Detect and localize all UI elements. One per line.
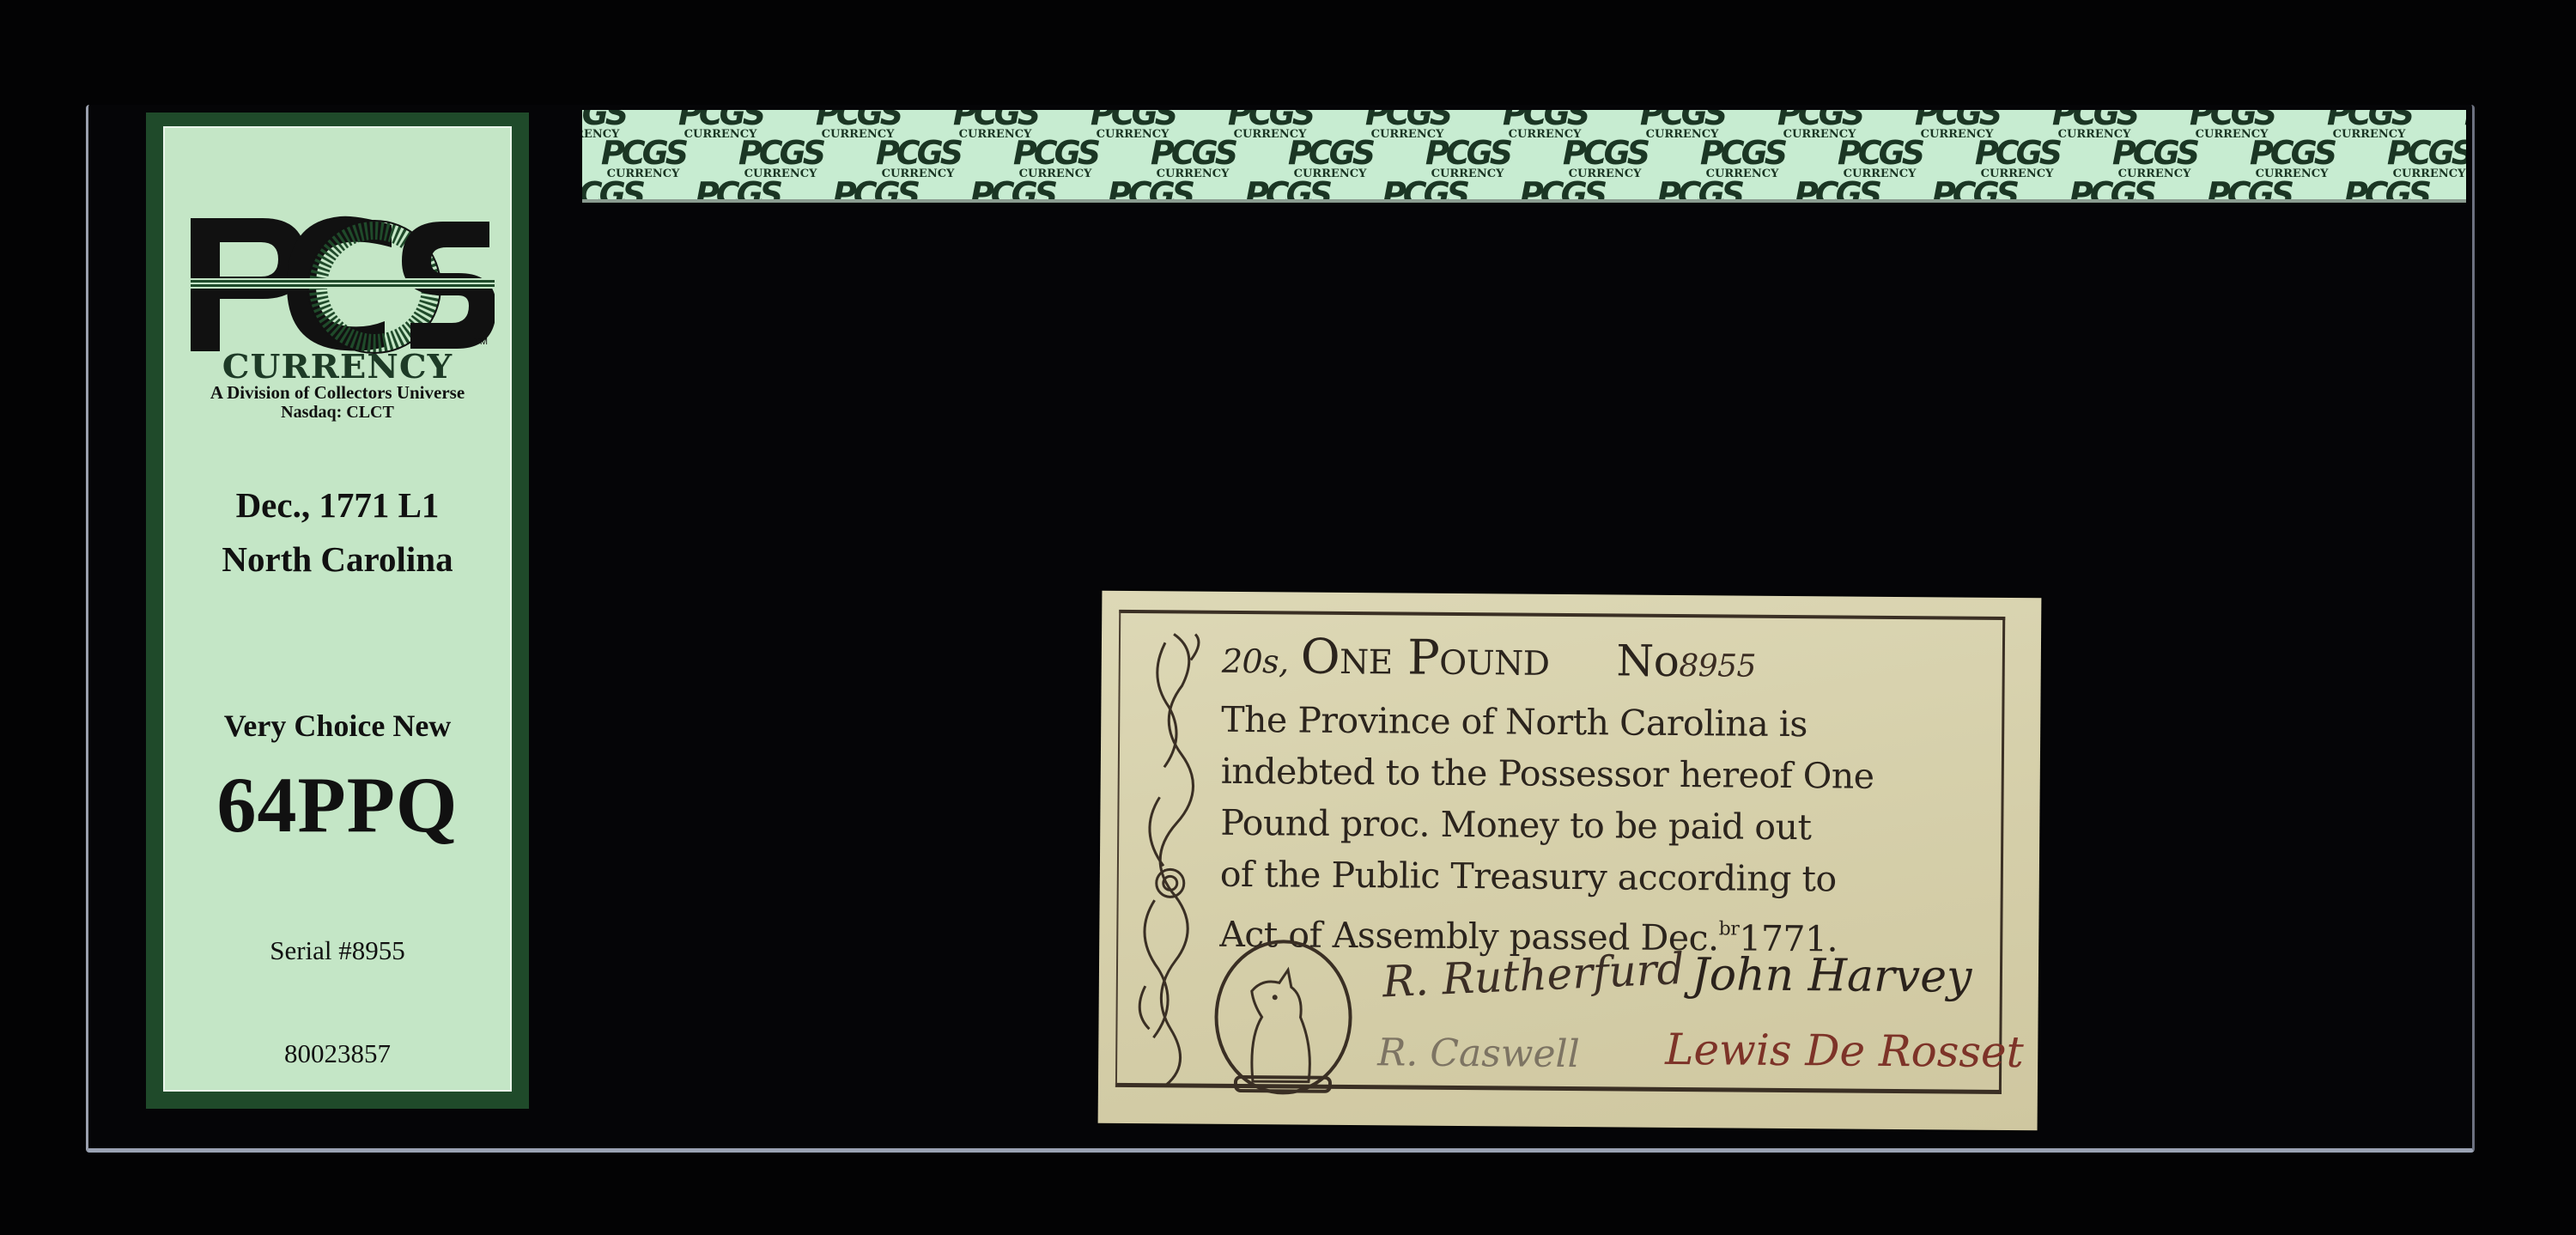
strip-logo-icon: PCGSCURRENCY (1690, 137, 1795, 180)
issue-date: Dec., 1771 L1 (165, 484, 510, 526)
division-text: A Division of Collectors Universe (165, 382, 510, 404)
strip-logo-icon: PCGSCURRENCY (1552, 137, 1657, 180)
note-line: Pound proc. Money to be paid out (1220, 797, 1988, 855)
strip-logo-icon: PCGSCURRENCY (1965, 137, 2069, 180)
brand-subtitle: CURRENCY (156, 347, 519, 386)
slab-photo: PCGSCURRENCYPCGSCURRENCYPCGSCURRENCYPCGS… (0, 0, 2576, 1235)
security-strip: PCGSCURRENCYPCGSCURRENCYPCGSCURRENCYPCGS… (582, 110, 2466, 203)
scrollwork-ornament-icon (1127, 625, 1208, 1090)
note-line: of the Public Treasury according to (1220, 849, 1988, 906)
denomination: One Pound (1301, 630, 1550, 687)
fox-seal-icon (1201, 935, 1375, 1109)
serial-number: Serial #8955 (165, 935, 510, 966)
strip-logo-icon: PCGSCURRENCY (1827, 137, 1932, 180)
strip-logo-icon: PCGSCURRENCY (591, 137, 696, 180)
strip-logo-icon: PCGSCURRENCY (582, 179, 653, 203)
strip-logo-icon: PCGSCURRENCY (1278, 137, 1382, 180)
issuing-state: North Carolina (165, 538, 510, 580)
label-panel: TM CURRENCY A Division of Collectors Uni… (163, 126, 512, 1092)
strip-logo-icon: PCGSCURRENCY (1784, 179, 1889, 203)
strip-logo-icon: PCGSCURRENCY (866, 137, 970, 180)
strip-logo-icon: PCGSCURRENCY (2059, 179, 2164, 203)
strip-logo-icon: PCGSCURRENCY (1372, 179, 1477, 203)
signature: John Harvey (1692, 949, 1972, 1003)
note-superscript: br (1719, 918, 1740, 940)
strip-logo-icon: PCGSCURRENCY (1003, 137, 1108, 180)
strip-row: PCGSCURRENCYPCGSCURRENCYPCGSCURRENCYPCGS… (582, 179, 2466, 203)
strip-logo-icon: PCGSCURRENCY (1922, 179, 2026, 203)
strip-logo-icon: PCGSCURRENCY (728, 137, 833, 180)
strip-logo-icon: PCGSCURRENCY (2239, 137, 2344, 180)
strip-logo-icon: PCGSCURRENCY (1510, 179, 1614, 203)
number-label: No (1616, 636, 1679, 686)
strip-logo-icon: PCGSCURRENCY (1647, 179, 1752, 203)
strip-logo-icon: PCGSCURRENCY (1235, 179, 1340, 203)
denomination-short: 20s, (1222, 642, 1289, 681)
note-number: 8955 (1679, 648, 1756, 684)
strip-logo-icon: PCGSCURRENCY (1140, 137, 1245, 180)
grade-description: Very Choice New (165, 708, 510, 744)
colonial-banknote: 20s,One PoundNo8955 The Province of Nort… (1098, 591, 2042, 1131)
strip-logo-icon: PCGSCURRENCY (1097, 179, 1202, 203)
strip-logo-icon: PCGSCURRENCY (1415, 137, 1520, 180)
note-line: indebted to the Possessor hereof One (1221, 745, 1989, 803)
strip-logo-icon: PCGSCURRENCY (823, 179, 927, 203)
note-heading: 20s,One PoundNo8955 (1222, 626, 1990, 700)
strip-logo-icon: PCGSCURRENCY (960, 179, 1065, 203)
strip-logo-icon: PCGSCURRENCY (2102, 137, 2207, 180)
grade-value: 64PPQ (165, 759, 510, 850)
signature: R. Caswell (1377, 1031, 1580, 1076)
strip-logo-icon: PCGSCURRENCY (2196, 179, 2301, 203)
strip-logo-icon: PCGSCURRENCY (2334, 179, 2439, 203)
note-body: 20s,One PoundNo8955 The Province of Nort… (1219, 626, 1990, 966)
trademark-mark: TM (474, 337, 488, 347)
nasdaq-text: Nasdaq: CLCT (165, 403, 510, 423)
cert-number: 80023857 (165, 1038, 510, 1069)
signature: Lewis De Rosset (1665, 1025, 2024, 1077)
strip-row: PCGSCURRENCYPCGSCURRENCYPCGSCURRENCYPCGS… (591, 137, 2466, 180)
note-line: The Province of North Carolina is (1221, 694, 1989, 751)
strip-logo-icon: PCGSCURRENCY (2377, 137, 2466, 180)
pcgs-logo-icon (185, 210, 495, 356)
grading-label: TM CURRENCY A Division of Collectors Uni… (146, 113, 529, 1109)
strip-logo-icon: PCGSCURRENCY (685, 179, 790, 203)
